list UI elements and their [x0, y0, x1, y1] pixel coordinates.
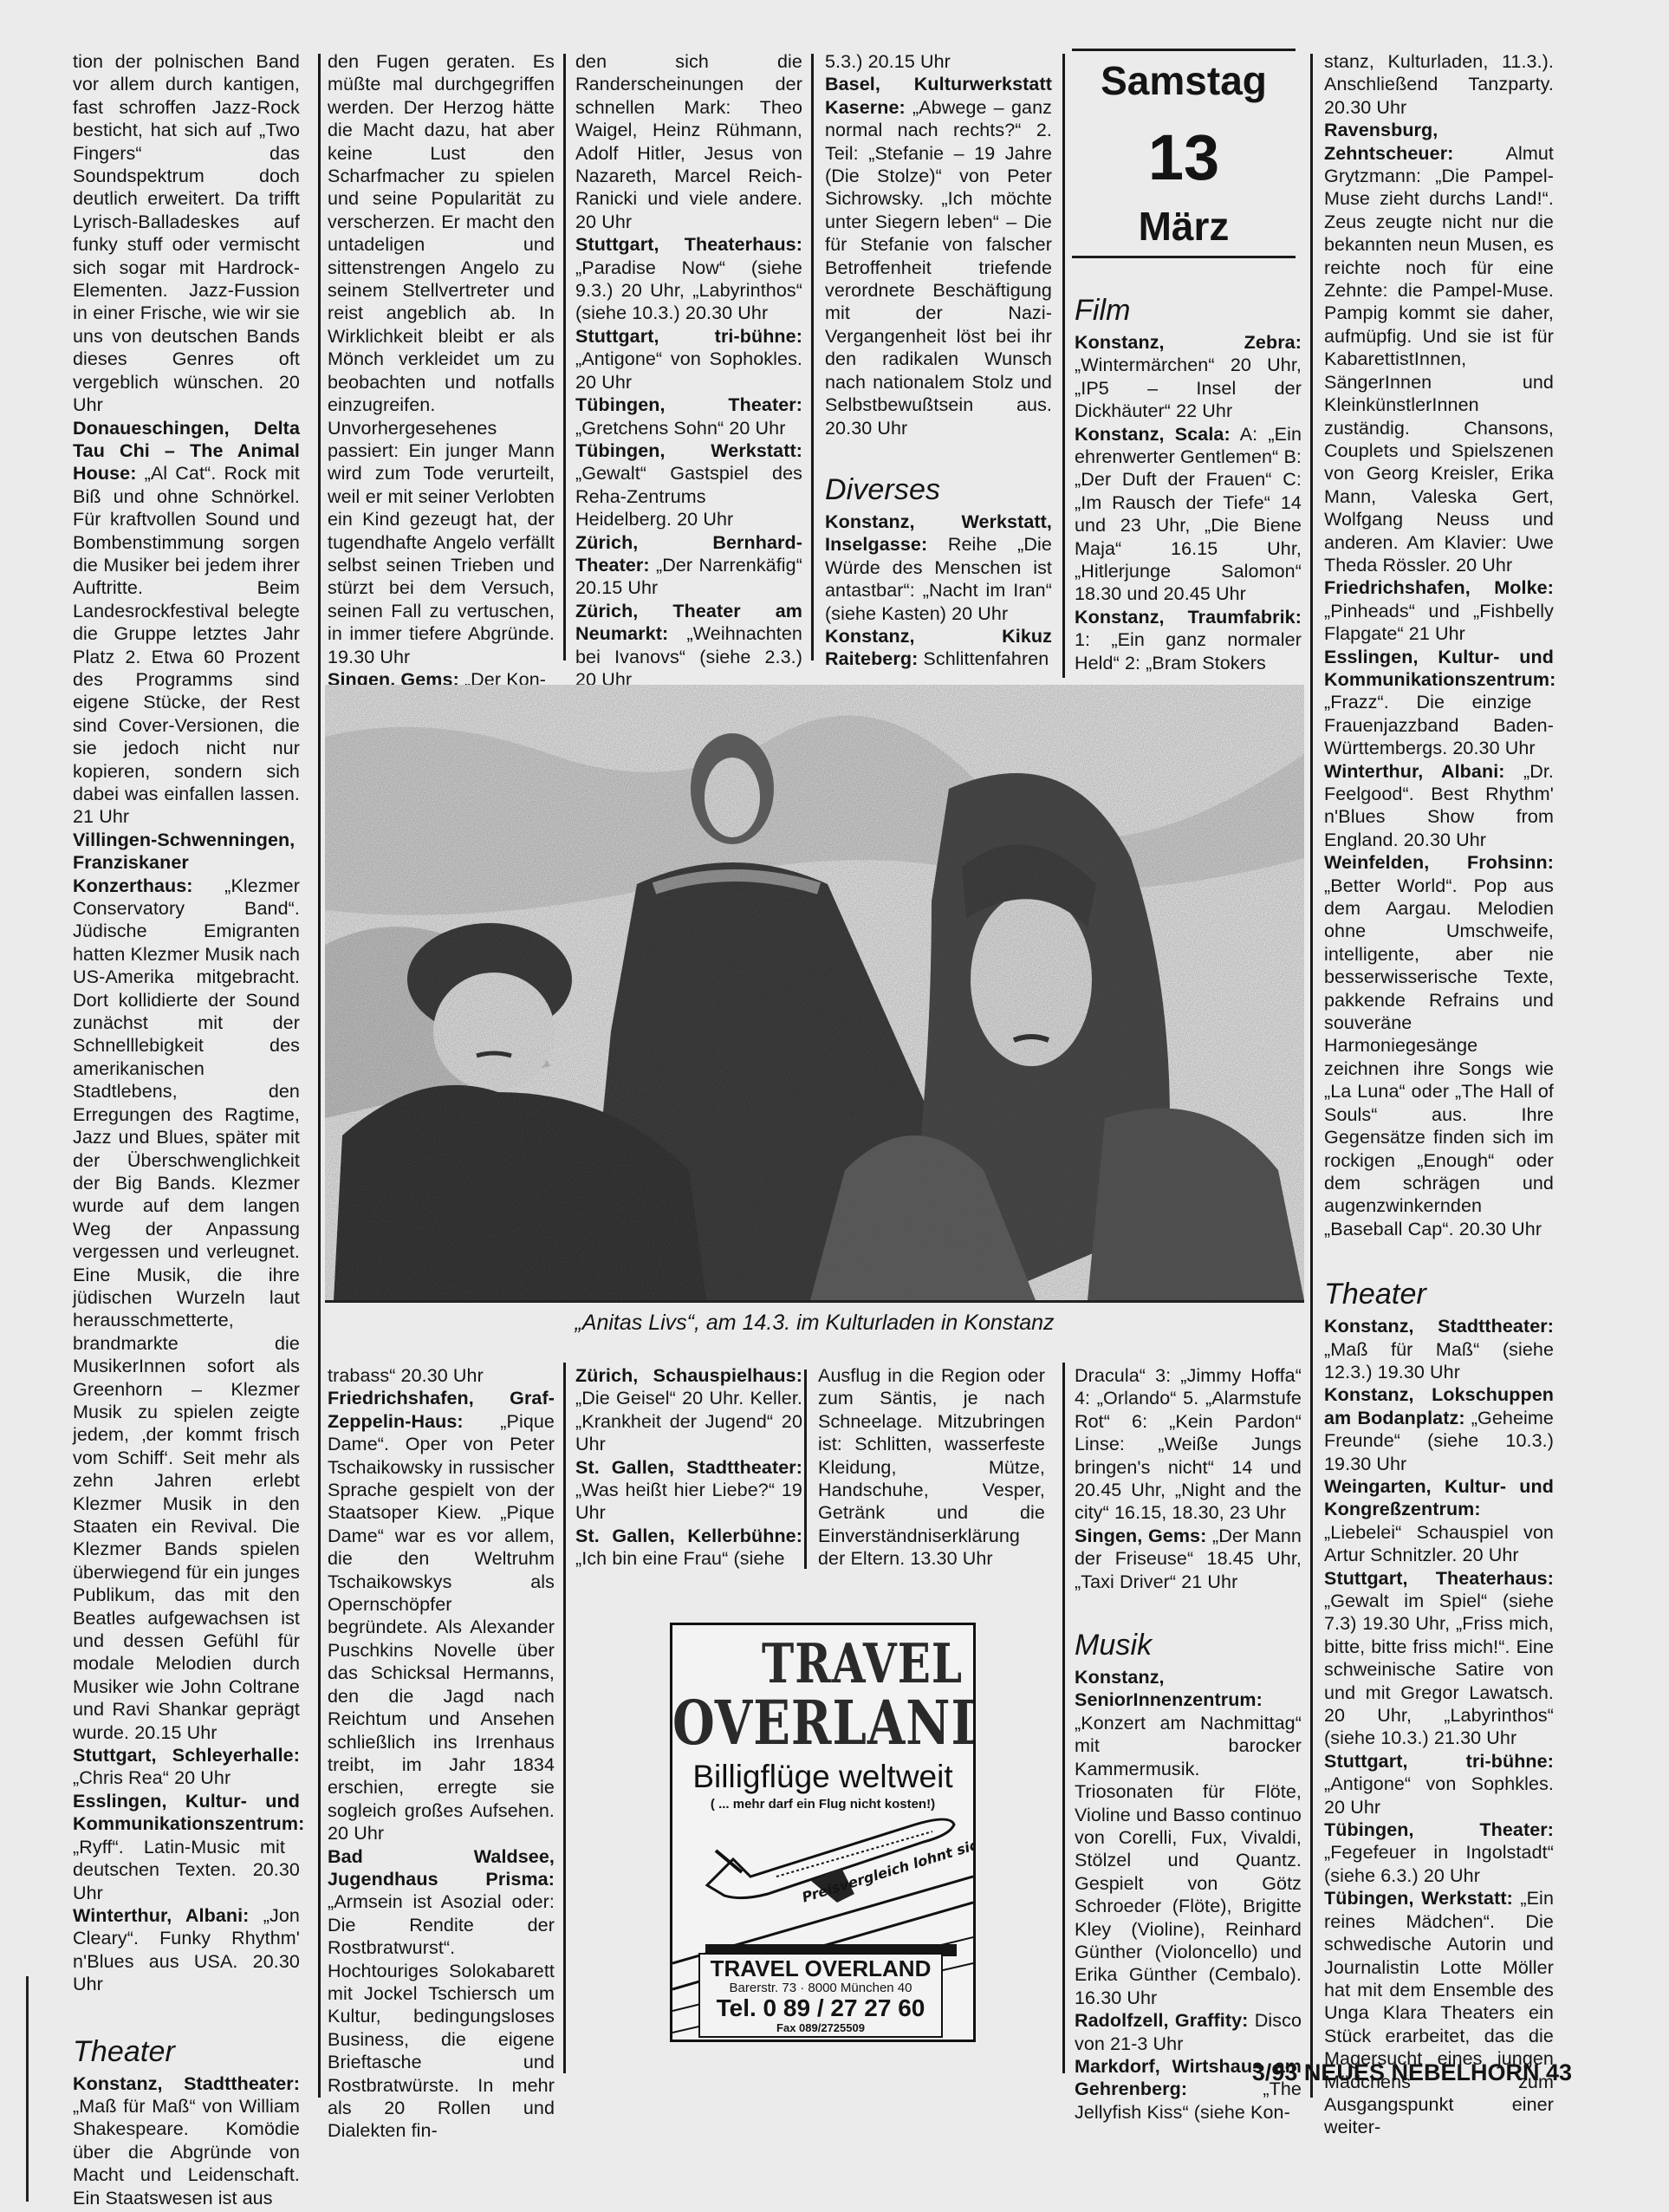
listing-text: stanz, Kulturladen, 11.3.). Anschließend… — [1324, 51, 1554, 118]
column-1: tion der polnischen Band vor allem durch… — [73, 50, 300, 2209]
listing-text: A: „Ein ehrenwerter Gentlemen“ B: „Der D… — [1075, 424, 1302, 605]
listing-entry: Zürich, Bernhard-Theater: „Der Narrenkäf… — [575, 531, 802, 600]
listing-group: 5.3.) 20.15 UhrBasel, Kulturwerkstatt Ka… — [825, 50, 1052, 439]
weekday: Samstag — [1072, 55, 1296, 107]
listing-text: „Abwege – ganz normal nach rechts?“ 2. T… — [825, 97, 1052, 439]
page-footer: 3/93 NEUES NEBELHORN 43 — [1252, 2059, 1572, 2086]
listing-group: Konstanz, Werkstatt, Inselgasse: Reihe „… — [825, 511, 1052, 671]
listing-text: „Klezmer Conservatory Band“. Jüdische Em… — [73, 875, 300, 1743]
listing-text: 1: „Ein ganz normaler Held“ 2: „Bram Sto… — [1075, 629, 1302, 673]
listing-entry: Konstanz, Werkstatt, Inselgasse: Reihe „… — [825, 511, 1052, 625]
listing-text: „Better World“. Pop aus dem Aargau. Melo… — [1324, 875, 1554, 1239]
column-divider — [1310, 54, 1313, 2098]
photo-image — [325, 685, 1304, 1300]
listing-entry: Tübingen, Werkstatt: „Ein reines Mädchen… — [1324, 1887, 1554, 2138]
listing-text: „Fegefeuer in Ingolstadt“ (siehe 6.3.) 2… — [1324, 1842, 1554, 1885]
listing-entry: Dracula“ 3: „Jimmy Hoffa“ 4: „Orlando“ 5… — [1075, 1364, 1302, 1525]
listing-group: Konstanz, SeniorInnenzentrum: „Konzert a… — [1075, 1666, 1302, 2124]
listing-entry: Friedrichshafen, Molke: „Pinheads“ und „… — [1324, 576, 1554, 645]
listing-text: „Was heißt hier Liebe?“ 19 Uhr — [575, 1480, 802, 1523]
column-2-top: den Fugen geraten. Es müßte mal durchgeg… — [328, 50, 555, 691]
venue-name: Konstanz, Scala: — [1075, 424, 1231, 445]
listing-entry: Konstanz, Lokschuppen am Bodanplatz: „Ge… — [1324, 1383, 1554, 1475]
listing-entry: Esslingen, Kultur- und Kommunikationszen… — [73, 1790, 300, 1904]
listing-text: tion der polnischen Band vor allem durch… — [73, 51, 300, 415]
listing-text: Schlittenfahren — [918, 648, 1049, 669]
venue-name: Winterthur, Albani: — [1324, 761, 1505, 782]
column-5-bottom: Dracula“ 3: „Jimmy Hoffa“ 4: „Orlando“ 5… — [1075, 1364, 1302, 2124]
listing-text: „Ich bin eine Frau“ (siehe — [575, 1548, 785, 1569]
listing-text: „Gewalt“ Gastspiel des Reha-Zentrums Hei… — [575, 463, 802, 530]
listing-text: „Ein reines Mädchen“. Die schwedische Au… — [1324, 1888, 1554, 2137]
listing-text: „Wintermärchen“ 20 Uhr, „IP5 – Insel der… — [1075, 355, 1302, 421]
listing-entry: Winterthur, Albani: „Jon Cleary“. Funky … — [73, 1904, 300, 1996]
listing-entry: Ravensburg, Zehntscheuer: Almut Grytzman… — [1324, 119, 1554, 576]
listing-entry: St. Gallen, Stadttheater: „Was heißt hie… — [575, 1456, 802, 1525]
column-divider — [804, 1369, 807, 1569]
venue-name: Tübingen, Werkstatt: — [575, 440, 802, 461]
venue-name: Stuttgart, Schleyerhalle: — [73, 1745, 300, 1766]
listing-group: tion der polnischen Band vor allem durch… — [73, 50, 300, 1996]
listing-text: „Armsein ist Asozial oder: Die Rendite d… — [328, 1891, 555, 2141]
listing-text: „Maß für Maß“ (siehe 12.3.) 19.30 Uhr — [1324, 1339, 1554, 1382]
listing-group: Konstanz, Stadttheater: „Maß für Maß“ (s… — [1324, 1315, 1554, 2139]
venue-name: Konstanz, Zebra: — [1075, 332, 1302, 353]
listing-group: stanz, Kulturladen, 11.3.). Anschließend… — [1324, 50, 1554, 1240]
listing-entry: Konstanz, Kikuz Raiteberg: Schlittenfahr… — [825, 625, 1052, 671]
venue-name: Weinfelden, Frohsinn: — [1324, 852, 1554, 873]
venue-name: Winterthur, Albani: — [73, 1905, 249, 1926]
date-box: Samstag 13 März — [1072, 49, 1296, 258]
listing-entry: Konstanz, Zebra: „Wintermärchen“ 20 Uhr,… — [1075, 331, 1302, 423]
listing-entry: Basel, Kulturwerkstatt Kaserne: „Abwege … — [825, 73, 1052, 439]
column-divider — [811, 54, 814, 660]
listing-text: „Antigone“ von Sophokles. 20 Uhr — [575, 348, 802, 392]
column-3-bottom: Zürich, Schauspielhaus: „Die Geisel“ 20 … — [575, 1364, 802, 1571]
listing-entry: Winterthur, Albani: „Dr. Feelgood“. Best… — [1324, 760, 1554, 852]
listing-entry: Stuttgart, Schleyerhalle: „Chris Rea“ 20… — [73, 1744, 300, 1790]
ad-address-box: TRAVEL OVERLAND Barerstr. 73 · 8000 Münc… — [698, 1953, 943, 2038]
venue-name: Weingarten, Kultur- und Kongreßzentrum: — [1324, 1476, 1554, 1519]
section-heading-film: Film — [1075, 293, 1302, 328]
ad-logo-line2: OVERLAND — [672, 1693, 973, 1753]
listing-group: den Fugen geraten. Es müßte mal durchgeg… — [328, 50, 555, 691]
listing-text: „Paradise Now“ (siehe 9.3.) 20 Uhr, „Lab… — [575, 257, 802, 324]
listing-entry: Konstanz, Stadttheater: „Maß für Maß“ vo… — [73, 2072, 300, 2209]
listing-text: „Die Geisel“ 20 Uhr. Keller. „Krankheit … — [575, 1388, 802, 1454]
date-rule-bottom — [1072, 256, 1296, 258]
travel-overland-ad: TRAVEL OVERLAND Billigflüge weltweit ( .… — [670, 1623, 976, 2042]
venue-name: Esslingen, Kultur- und Kommunikationszen… — [1324, 647, 1555, 690]
listing-text: Ausflug in die Region oder zum Säntis, j… — [818, 1365, 1045, 1569]
listing-text: „Ryff“. Latin-Music mit deutschen Texten… — [73, 1837, 300, 1903]
venue-name: Radolfzell, Graffity: — [1075, 2010, 1248, 2031]
column-2-bottom: trabass“ 20.30 UhrFriedrichshafen, Graf-… — [328, 1364, 555, 2143]
listing-entry: Tübingen, Werkstatt: „Gewalt“ Gastspiel … — [575, 439, 802, 531]
column-5-top: Film Konstanz, Zebra: „Wintermärchen“ 20… — [1075, 283, 1302, 674]
band-photo — [325, 685, 1304, 1303]
listing-text: „Maß für Maß“ von William Shakespeare. K… — [73, 2096, 300, 2209]
listing-text: „Antigone“ von Sophkles. 20 Uhr — [1324, 1773, 1554, 1817]
listing-group: den sich die Randerscheinungen der schne… — [575, 50, 802, 691]
listing-entry: Bad Waldsee, Jugendhaus Prisma: „Armsein… — [328, 1845, 555, 2143]
listing-text: „Gewalt im Spiel“ (siehe 7.3) 19.30 Uhr,… — [1324, 1591, 1554, 1748]
listing-entry: Stuttgart, tri-bühne: „Antigone“ von Sop… — [575, 325, 802, 394]
listing-entry: Konstanz, Stadttheater: „Maß für Maß“ (s… — [1324, 1315, 1554, 1383]
column-divider — [1062, 54, 1065, 678]
venue-name: Tübingen, Theater: — [1324, 1819, 1554, 1840]
column-divider — [563, 54, 566, 660]
listing-entry: den Fugen geraten. Es müßte mal durchgeg… — [328, 50, 555, 668]
column-6: stanz, Kulturladen, 11.3.). Anschließend… — [1324, 50, 1554, 2139]
venue-name: Singen, Gems: — [1075, 1526, 1206, 1546]
listing-entry: St. Gallen, Kellerbühne: „Ich bin eine F… — [575, 1525, 802, 1571]
listing-text: „Pique Dame“. Oper von Peter Tschaikowsk… — [328, 1411, 555, 1844]
listing-entry: Stuttgart, tri-bühne: „Antigone“ von Sop… — [1324, 1750, 1554, 1818]
listing-text: Almut Grytzmann: „Die Pampel-Muse zieht … — [1324, 143, 1554, 576]
listing-entry: Friedrichshafen, Graf-Zeppelin-Haus: „Pi… — [328, 1387, 555, 1844]
margin-mark — [26, 1976, 29, 2202]
listing-text: „Gretchens Sohn“ 20 Uhr — [575, 418, 786, 439]
listing-entry: Tübingen, Theater: „Gretchens Sohn“ 20 U… — [575, 394, 802, 439]
listing-entry: 5.3.) 20.15 Uhr — [825, 50, 1052, 73]
listing-entry: Konstanz, Traumfabrik: 1: „Ein ganz norm… — [1075, 606, 1302, 674]
listing-entry: stanz, Kulturladen, 11.3.). Anschließend… — [1324, 50, 1554, 119]
venue-name: Konstanz, Stadttheater: — [73, 2073, 300, 2094]
listing-text: „Al Cat“. Rock mit Biß und ohne Schnörke… — [73, 463, 300, 827]
listing-text: Dracula“ 3: „Jimmy Hoffa“ 4: „Orlando“ 5… — [1075, 1365, 1302, 1523]
listing-text: trabass“ 20.30 Uhr — [328, 1365, 484, 1386]
listing-entry: tion der polnischen Band vor allem durch… — [73, 50, 300, 417]
ad-tagline: Billigflüge weltweit — [672, 1759, 973, 1795]
venue-name: Konstanz, Traumfabrik: — [1075, 607, 1302, 628]
section-heading-diverses: Diverses — [825, 472, 1052, 507]
venue-name: Tübingen, Werkstatt: — [1324, 1888, 1513, 1909]
day-number: 13 — [1072, 119, 1296, 197]
column-divider — [1062, 1363, 1065, 2073]
ad-phone: Tel. 0 89 / 27 27 60 — [700, 1995, 941, 2021]
listing-entry: Konstanz, Scala: A: „Ein ehrenwerter Gen… — [1075, 423, 1302, 606]
listing-entry: Stuttgart, Theaterhaus: „Paradise Now“ (… — [575, 233, 802, 325]
listing-entry: Weingarten, Kultur- und Kongreßzentrum: … — [1324, 1475, 1554, 1567]
listing-entry: Weinfelden, Frohsinn: „Better World“. Po… — [1324, 851, 1554, 1240]
listing-entry: Esslingen, Kultur- und Kommunikationszen… — [1324, 646, 1554, 760]
date-rule-top — [1072, 49, 1296, 51]
listing-text: 5.3.) 20.15 Uhr — [825, 51, 951, 72]
venue-name: Tübingen, Theater: — [575, 394, 802, 415]
listing-entry: Ausflug in die Region oder zum Säntis, j… — [818, 1364, 1045, 1571]
column-4-bottom: Ausflug in die Region oder zum Säntis, j… — [818, 1364, 1045, 1571]
column-3-top: den sich die Randerscheinungen der schne… — [575, 50, 802, 691]
listing-group: Dracula“ 3: „Jimmy Hoffa“ 4: „Orlando“ 5… — [1075, 1364, 1302, 1593]
venue-name: Ravensburg, Zehntscheuer: — [1324, 120, 1453, 163]
ad-logo-line1: TRAVEL — [672, 1636, 973, 1692]
listing-group: Konstanz, Zebra: „Wintermärchen“ 20 Uhr,… — [1075, 331, 1302, 674]
ad-fax: Fax 089/2725509 — [700, 2021, 941, 2034]
column-4-top: 5.3.) 20.15 UhrBasel, Kulturwerkstatt Ka… — [825, 50, 1052, 671]
listing-text: den Fugen geraten. Es müßte mal durchgeg… — [328, 51, 555, 667]
listing-entry: Zürich, Schauspielhaus: „Die Geisel“ 20 … — [575, 1364, 802, 1456]
listing-group: trabass“ 20.30 UhrFriedrichshafen, Graf-… — [328, 1364, 555, 2143]
venue-name: Esslingen, Kultur- und Kommunikationszen… — [73, 1791, 304, 1834]
listing-entry: Radolfzell, Graffity: Disco von 21-3 Uhr — [1075, 2009, 1302, 2055]
venue-name: St. Gallen, Stadttheater: — [575, 1457, 802, 1478]
venue-name: Zürich, Schauspielhaus: — [575, 1365, 802, 1386]
section-heading-musik: Musik — [1075, 1628, 1302, 1662]
month: März — [1072, 202, 1296, 250]
listing-entry: Tübingen, Theater: „Fegefeuer in Ingolst… — [1324, 1818, 1554, 1887]
listing-text: den sich die Randerscheinungen der schne… — [575, 51, 802, 232]
listing-group: Konstanz, Stadttheater: „Maß für Maß“ vo… — [73, 2072, 300, 2209]
listing-text: „Konzert am Nachmittag“ mit barocker Kam… — [1075, 1713, 1302, 2008]
section-heading-theater-2: Theater — [1324, 1277, 1554, 1311]
listing-group: Zürich, Schauspielhaus: „Die Geisel“ 20 … — [575, 1364, 802, 1571]
listing-entry: trabass“ 20.30 Uhr — [328, 1364, 555, 1387]
photo-caption: „Anitas Livs“, am 14.3. im Kulturladen i… — [325, 1311, 1304, 1336]
column-divider — [563, 1363, 566, 2073]
ad-company: TRAVEL OVERLAND — [700, 1956, 941, 1981]
venue-name: Bad Waldsee, Jugendhaus Prisma: — [328, 1846, 555, 1890]
column-divider — [318, 54, 321, 2098]
listing-entry: Stuttgart, Theaterhaus: „Gewalt im Spiel… — [1324, 1567, 1554, 1750]
venue-name: Konstanz, SeniorInnenzentrum: — [1075, 1667, 1263, 1710]
venue-name: Stuttgart, tri-bühne: — [1324, 1751, 1554, 1772]
venue-name: Konstanz, Stadttheater: — [1324, 1316, 1554, 1337]
listing-text: „Liebelei“ Schauspiel von Artur Schnitzl… — [1324, 1522, 1554, 1565]
listing-entry: Konstanz, SeniorInnenzentrum: „Konzert a… — [1075, 1666, 1302, 2009]
listing-entry: Singen, Gems: „Der Mann der Friseuse“ 18… — [1075, 1525, 1302, 1593]
venue-name: Stuttgart, Theaterhaus: — [575, 234, 802, 255]
venue-name: St. Gallen, Kellerbühne: — [575, 1526, 802, 1546]
listing-group: Ausflug in die Region oder zum Säntis, j… — [818, 1364, 1045, 1571]
section-heading-theater: Theater — [73, 2034, 300, 2069]
venue-name: Stuttgart, Theaterhaus: — [1324, 1568, 1554, 1589]
listing-text: „Pinheads“ und „Fishbelly Flapgate“ 21 U… — [1324, 601, 1554, 644]
listing-entry: Donaueschingen, Delta Tau Chi – The Anim… — [73, 417, 300, 829]
listing-text: „Frazz“. Die einzige Frauenjazzband Bade… — [1324, 692, 1554, 758]
listing-entry: Zürich, Theater am Neumarkt: „Weihnachte… — [575, 600, 802, 692]
ad-address: Barerstr. 73 · 8000 München 40 — [700, 1981, 941, 1995]
listing-entry: den sich die Randerscheinungen der schne… — [575, 50, 802, 233]
venue-name: Stuttgart, tri-bühne: — [575, 326, 802, 347]
listing-text: „Chris Rea“ 20 Uhr — [73, 1767, 231, 1788]
venue-name: Friedrichshafen, Molke: — [1324, 577, 1554, 598]
listing-entry: Villingen-Schwenningen, Franziskaner Kon… — [73, 829, 300, 1744]
